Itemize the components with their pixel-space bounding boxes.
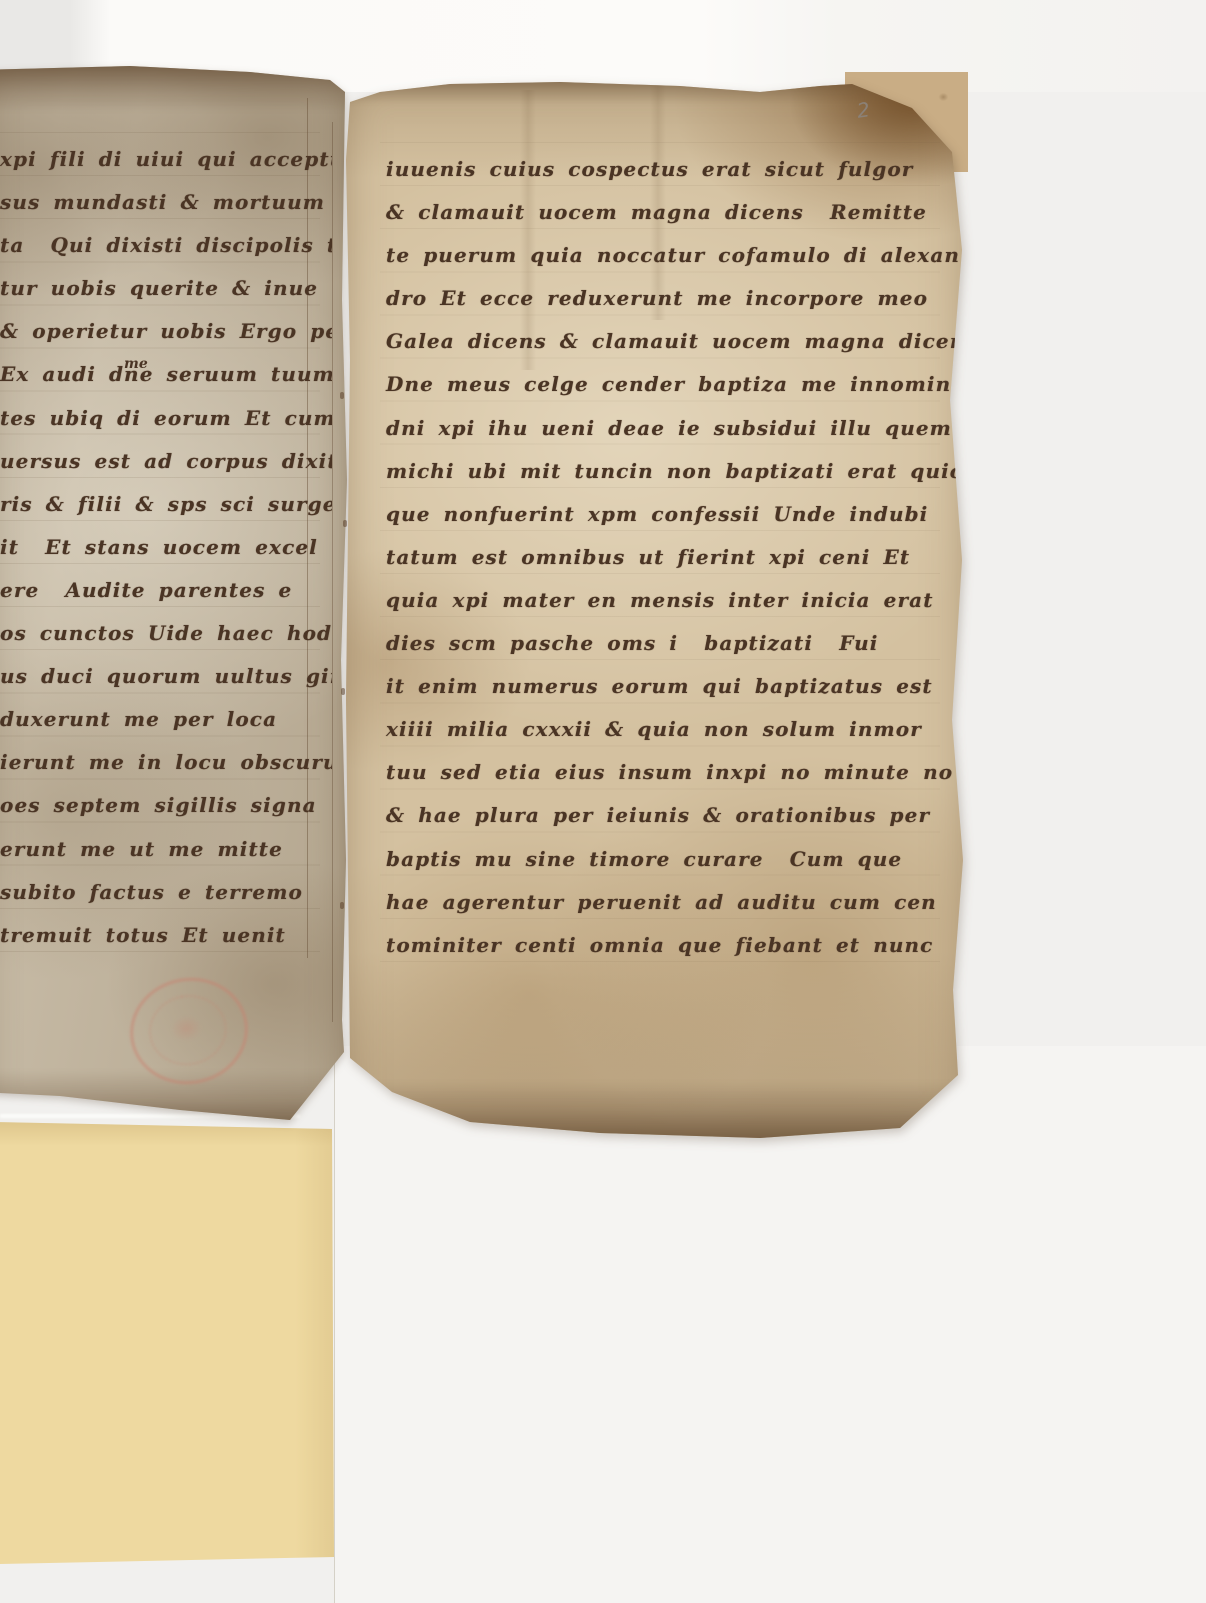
text-line: subito factus e terremo: [0, 871, 332, 914]
text-line: Galea dicens & clamauit uocem magna dice…: [386, 320, 961, 363]
text-line: Ex audi dne seruum tuum: [0, 353, 332, 396]
text-line: sus mundasti & mortuum initio: [0, 181, 332, 224]
text-line: oes septem sigillis signa: [0, 784, 332, 827]
text-line: xpi fili di uiui qui acceptus inlu: [0, 138, 332, 181]
text-line: ere Audite parentes e: [0, 569, 332, 612]
text-line: Dne meus celge cender baptiza me innomin…: [386, 363, 961, 406]
text-line: ris & filii & sps sci surge Et: [0, 483, 332, 526]
text-line: michi ubi mit tuncin non baptizati erat …: [386, 450, 961, 493]
text-line: tatum est omnibus ut fierint xpi ceni Et: [386, 536, 961, 579]
text-line: hae agerentur peruenit ad auditu cum cen: [386, 881, 961, 924]
text-line: dni xpi ihu ueni deae ie subsidui illu q…: [386, 407, 961, 450]
text-line: tuu sed etia eius insum inxpi no minute …: [386, 751, 961, 794]
text-line: tes ubiq di eorum Et cum: [0, 397, 332, 440]
text-line: os cunctos Uide haec hodie: [0, 612, 332, 655]
text-line: dro Et ecce reduxerunt me incorpore meo: [386, 277, 961, 320]
text-line: ta Qui dixisti discipolis tuis: [0, 224, 332, 267]
text-line: tominiter centi omnia que fiebant et nun…: [386, 924, 961, 967]
left-page-darkened-top-edge: [0, 62, 348, 112]
text-line: te puerum quia noccatur cofamulo di alex…: [386, 234, 961, 277]
text-line: & clamauit uocem magna dicens Remitte: [386, 191, 961, 234]
text-line: dies scm pasche oms i baptizati Fui: [386, 622, 961, 665]
left-page-text: xpi fili di uiui qui acceptus inlusus mu…: [0, 138, 332, 957]
left-page: xpi fili di uiui qui acceptus inlusus mu…: [0, 62, 348, 1134]
text-line: duxerunt me per loca: [0, 698, 332, 741]
right-page-darkened-bottom-edge: [340, 1081, 972, 1145]
guard-paper: [0, 1120, 336, 1566]
interlinear-correction: me: [124, 356, 148, 372]
text-line: uersus est ad corpus dixit: [0, 440, 332, 483]
text-line: tur uobis querite & inue: [0, 267, 332, 310]
text-line: it Et stans uocem excel: [0, 526, 332, 569]
right-parchment: 2 iuuenis cuius cospectus erat sicut ful…: [340, 70, 972, 1145]
right-page: 2 iuuenis cuius cospectus erat sicut ful…: [340, 70, 972, 1145]
text-line: & operietur uobis Ergo pe: [0, 310, 332, 353]
library-stamp: [122, 969, 257, 1094]
text-line: erunt me ut me mitte: [0, 828, 332, 871]
text-line: xiiii milia cxxxii & quia non solum inmo…: [386, 708, 961, 751]
text-line: que nonfuerint xpm confessii Unde indubi: [386, 493, 961, 536]
text-line: baptis mu sine timore curare Cum que: [386, 838, 961, 881]
text-line: us duci quorum uultus girat: [0, 655, 332, 698]
gutter-seam: [332, 122, 333, 1022]
left-parchment: xpi fili di uiui qui acceptus inlusus mu…: [0, 62, 348, 1134]
text-line: & hae plura per ieiunis & orationibus pe…: [386, 794, 961, 837]
text-line: quia xpi mater en mensis inter inicia er…: [386, 579, 961, 622]
manuscript-photograph: xpi fili di uiui qui acceptus inlusus mu…: [0, 0, 1206, 1603]
text-line: iuuenis cuius cospectus erat sicut fulgo…: [386, 148, 961, 191]
text-line: ierunt me in locu obscuru: [0, 741, 332, 784]
text-line: it enim numerus eorum qui baptizatus est: [386, 665, 961, 708]
right-page-text: iuuenis cuius cospectus erat sicut fulgo…: [386, 148, 961, 967]
text-line: tremuit totus Et uenit: [0, 914, 332, 957]
